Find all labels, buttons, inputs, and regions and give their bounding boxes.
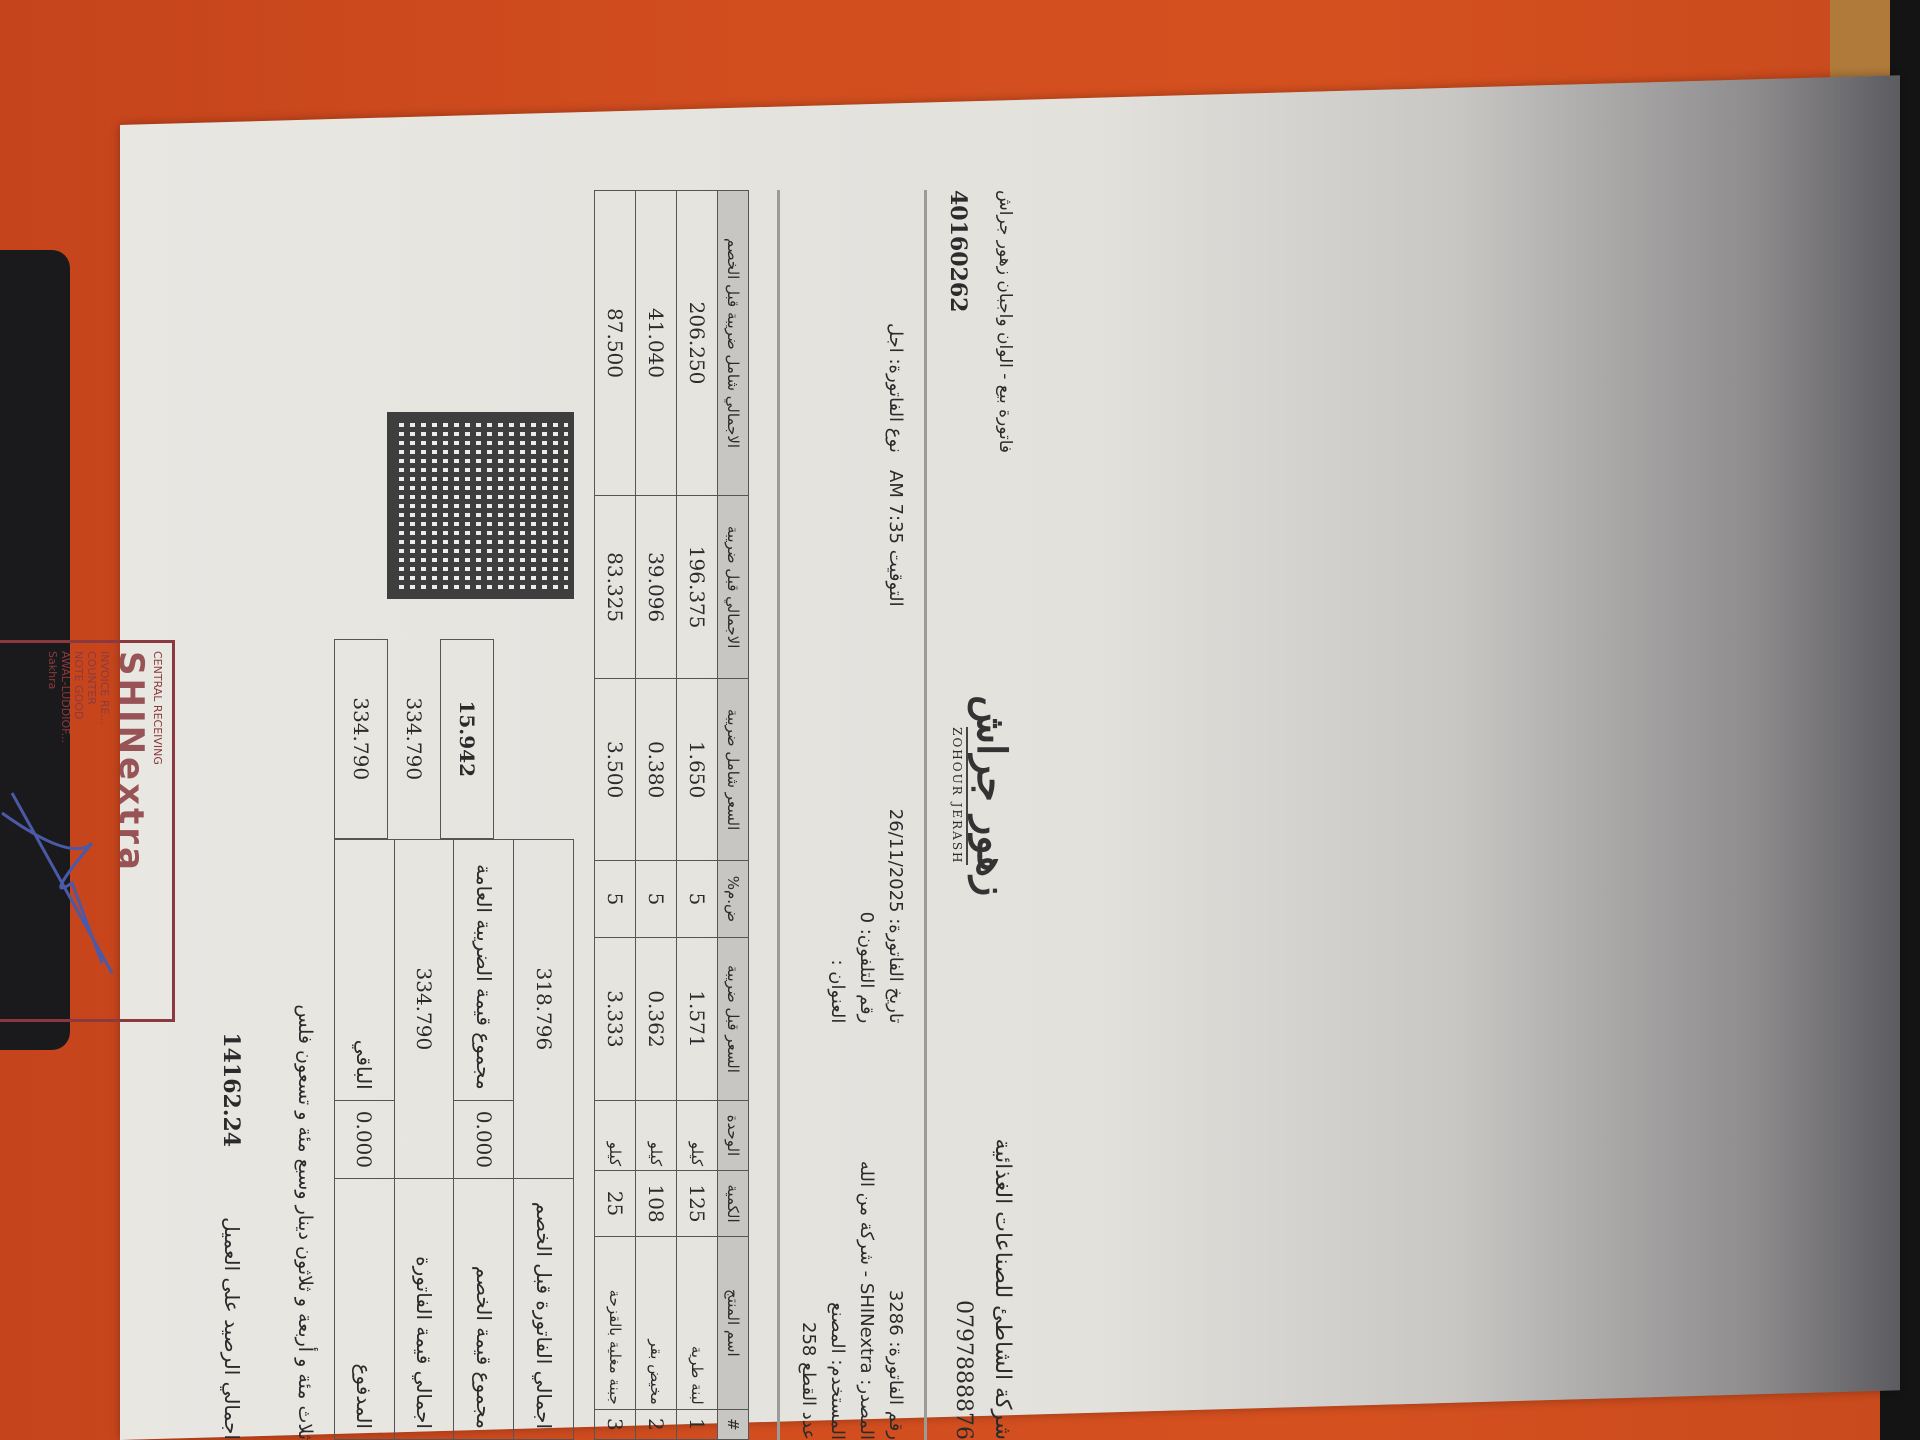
cell-price-ex: 0.362 — [636, 938, 677, 1101]
cell-qty: 25 — [595, 1171, 636, 1237]
invoice-meta: رقم الفاتورة: 3286 تاريخ الفاتورة: 26/11… — [798, 190, 906, 1440]
cell-no: 3 — [595, 1409, 636, 1439]
cell-tax: 5 — [595, 860, 636, 937]
column-header: السعر قبل ضريبة — [718, 938, 749, 1101]
document-title: فاتورة بيع - الوان واجبان زهور جراش — [995, 190, 1015, 453]
brand-logo: زهور جراش ZOHOUR JERASH — [950, 695, 1015, 896]
column-header: الكمية — [718, 1171, 749, 1237]
cell-total-ex: 196.375 — [677, 496, 718, 679]
receiving-stamp: CENTRAL RECEIVING SHINextra INVOICE RE..… — [0, 640, 175, 1022]
invoice-number-label: رقم الفاتورة: — [885, 1341, 906, 1440]
table-row: 2مخيض بقر108كيلو0.36250.38039.09641.040 — [636, 191, 677, 1440]
column-header: # — [718, 1409, 749, 1439]
paid-value: 0.000 — [335, 1100, 395, 1178]
discount-label: مجموع قيمة الخصم — [454, 1179, 514, 1440]
qr-code — [387, 412, 574, 599]
paid-label: المدفوع — [335, 1179, 395, 1440]
before-discount-value: 318.796 — [514, 839, 574, 1178]
balance-value: 14162.24 — [218, 1032, 244, 1147]
cell-tax: 5 — [636, 860, 677, 937]
totals-values-table: 15.942 334.790 334.790 — [334, 639, 546, 839]
tax-value: 15.942 — [441, 639, 494, 838]
balance-label: اجمالي الرصيد على العميل — [218, 1217, 244, 1440]
cell-qty: 108 — [636, 1171, 677, 1237]
address-label: العنوان : — [827, 959, 848, 1023]
cell-total-ex: 39.096 — [636, 496, 677, 679]
column-header: ض.م% — [718, 860, 749, 937]
tax-label: مجموع قيمة الضريبة العامة — [454, 839, 514, 1100]
invoice-total-value: 334.790 — [394, 839, 454, 1178]
invoice-total-label: اجمالي قيمة الفاتورة — [394, 1179, 454, 1440]
before-discount-label: اجمالي الفاتورة قبل الخصم — [514, 1179, 574, 1440]
stamp-line: CENTRAL RECEIVING — [151, 651, 164, 1011]
invoice-date: 26/11/2025 — [885, 809, 906, 913]
user-label: المستخدم: — [827, 1359, 848, 1440]
cell-total-ex: 83.325 — [595, 496, 636, 679]
seller-label: المصدر: — [856, 1379, 877, 1440]
totals-table: اجمالي الفاتورة قبل الخصم318.796 مجموع ق… — [334, 839, 574, 1440]
cell-name: لبنة طرية — [677, 1236, 718, 1409]
items-table: #اسم المنتجالكميةالوحدةالسعر قبل ضريبةض.… — [594, 190, 749, 1440]
remaining-label: الباقي — [335, 839, 395, 1100]
cell-price-inc: 0.380 — [636, 679, 677, 861]
company-phone: 0797888876 — [951, 1139, 976, 1440]
user-value: المصنع — [827, 1302, 848, 1354]
customer-phone: 0 — [856, 912, 877, 923]
cell-unit: كيلو — [595, 1100, 636, 1170]
cell-price-ex: 1.571 — [677, 938, 718, 1101]
totals-section: اجمالي الفاتورة قبل الخصم318.796 مجموع ق… — [334, 190, 574, 1440]
table-row: 3جبنة مغلية بالقزحة25كيلو3.33353.50083.3… — [595, 191, 636, 1440]
cell-total-inc: 87.500 — [595, 191, 636, 496]
cell-price-inc: 1.650 — [677, 679, 718, 861]
invoice-number: 3286 — [885, 1290, 906, 1336]
cell-no: 2 — [636, 1409, 677, 1439]
logo-arabic: زهور جراش — [968, 695, 1015, 896]
cell-qty: 125 — [677, 1171, 718, 1237]
invoice-type: اجل — [885, 323, 906, 353]
table-row: 1لبنة طرية125كيلو1.57151.650196.375206.2… — [677, 191, 718, 1440]
column-header: الاجمالي شامل ضريبة قبل الخصم — [718, 191, 749, 496]
cell-price-ex: 3.333 — [595, 938, 636, 1101]
company-name: شركة الشاطئ للصناعات الغذائية — [990, 1139, 1015, 1440]
column-header: الاجمالي قبل ضريبة — [718, 496, 749, 679]
invoice-code: 40160262 — [945, 190, 971, 453]
column-header: اسم المنتج — [718, 1236, 749, 1409]
cell-unit: كيلو — [677, 1100, 718, 1170]
divider — [924, 190, 927, 1440]
discount-value: 0.000 — [454, 1100, 514, 1178]
invoice-document: شركة الشاطئ للصناعات الغذائية 0797888876… — [0, 190, 1015, 1440]
invoice-total-value-2: 334.790 — [388, 639, 441, 838]
cell-no: 1 — [677, 1409, 718, 1439]
column-header: الوحدة — [718, 1100, 749, 1170]
seller-value: SHINextra - شركة من الله — [856, 1161, 877, 1374]
pieces-value: 258 — [798, 1322, 819, 1356]
customer-phone-label: رقم التلفون: — [856, 929, 877, 1024]
signature-icon — [0, 783, 132, 983]
cell-name: جبنة مغلية بالقزحة — [595, 1236, 636, 1409]
time-value: 7:35 AM — [885, 470, 906, 544]
invoice-type-label: نوع الفاتورة: — [885, 358, 906, 452]
amount-in-words: ثلاث مئة و أربعة و ثلاثون دينار وسبع مئة… — [294, 190, 316, 1440]
customer-balance: اجمالي الرصيد على العميل 14162.24 — [218, 190, 244, 1440]
invoice-date-label: تاريخ الفاتورة: — [885, 918, 906, 1023]
cell-name: مخيض بقر — [636, 1236, 677, 1409]
column-header: السعر شامل ضريبة — [718, 679, 749, 861]
time-label: التوقيت — [885, 550, 906, 607]
cell-unit: كيلو — [636, 1100, 677, 1170]
pieces-label: عدد القطع — [798, 1362, 819, 1440]
cell-price-inc: 3.500 — [595, 679, 636, 861]
cell-total-inc: 206.250 — [677, 191, 718, 496]
logo-english: ZOHOUR JERASH — [950, 727, 968, 864]
divider — [777, 190, 780, 1440]
cell-tax: 5 — [677, 860, 718, 937]
remaining-value: 334.790 — [335, 639, 388, 838]
cell-total-inc: 41.040 — [636, 191, 677, 496]
